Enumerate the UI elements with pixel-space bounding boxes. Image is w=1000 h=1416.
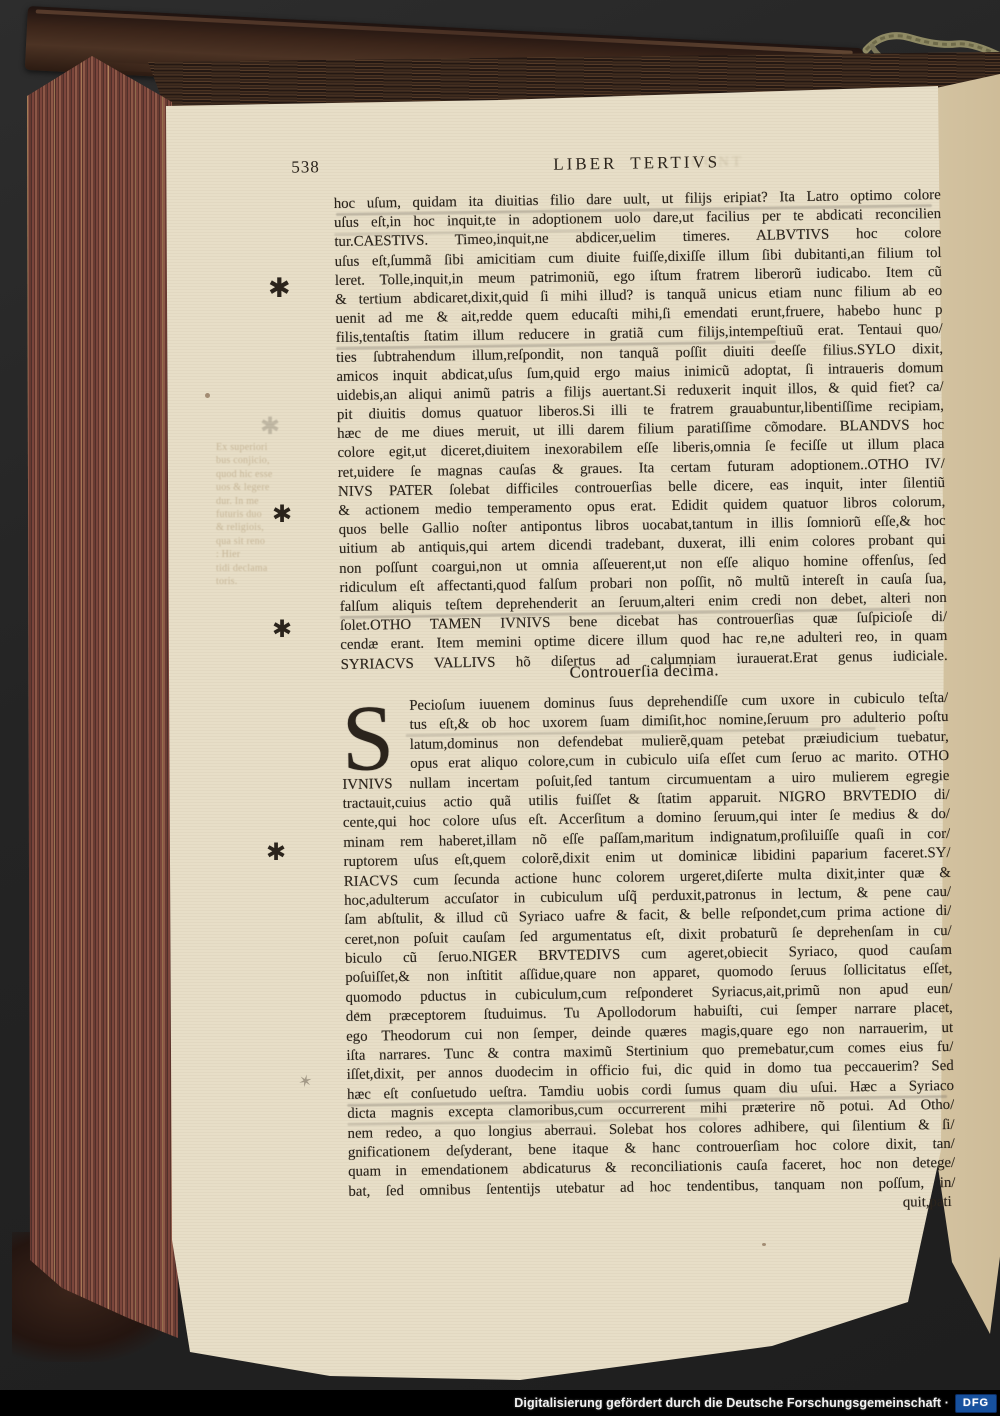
photo-background: Ex superioribus conjicio,quod hic esseuo… bbox=[0, 0, 1000, 1416]
dfg-logo: DFG bbox=[955, 1394, 997, 1413]
show-through-line: : Hier bbox=[216, 548, 290, 561]
show-through-line: tidi declama bbox=[216, 562, 290, 575]
show-through-line: quod hic esse bbox=[216, 468, 290, 481]
text-column: 538 LIBER TERTIVS CONT hoc uſum, quidam … bbox=[333, 140, 957, 1269]
margin-asterisk-mark: ✱ bbox=[272, 618, 292, 642]
show-through-line: qua sit reno bbox=[216, 535, 290, 548]
running-title: LIBER TERTIVS bbox=[333, 149, 940, 178]
paragraph-two-wrap: S Pecioſum iuuenem dominus ſuus deprehen… bbox=[341, 689, 956, 1222]
paragraph-two: Pecioſum iuuenem dominus ſuus deprehendi… bbox=[341, 689, 955, 1202]
paper-speck bbox=[205, 393, 210, 398]
margin-asterisk-mark: ✱ bbox=[268, 276, 291, 300]
page-number: 538 bbox=[291, 157, 320, 177]
margin-asterisk-ghost: ✱ bbox=[260, 415, 280, 439]
show-through-line: Ex superiori bbox=[216, 441, 290, 454]
show-through-line: uos & legere bbox=[216, 481, 290, 494]
margin-asterisk-mark: ✱ bbox=[272, 503, 292, 527]
digitization-footer-bar: Digitalisierung gefördert durch die Deut… bbox=[0, 1390, 1000, 1416]
digitization-notice: Digitalisierung gefördert durch die Deut… bbox=[514, 1396, 949, 1410]
paragraph-one: hoc uſum, quidam ita diuitias filio dare… bbox=[334, 186, 948, 675]
show-through-line: bus conjicio, bbox=[216, 454, 290, 467]
running-title-show-through: CONT bbox=[691, 154, 744, 172]
show-through-line: toris. bbox=[216, 575, 290, 588]
margin-asterisk-mark: ✱ bbox=[266, 841, 286, 865]
